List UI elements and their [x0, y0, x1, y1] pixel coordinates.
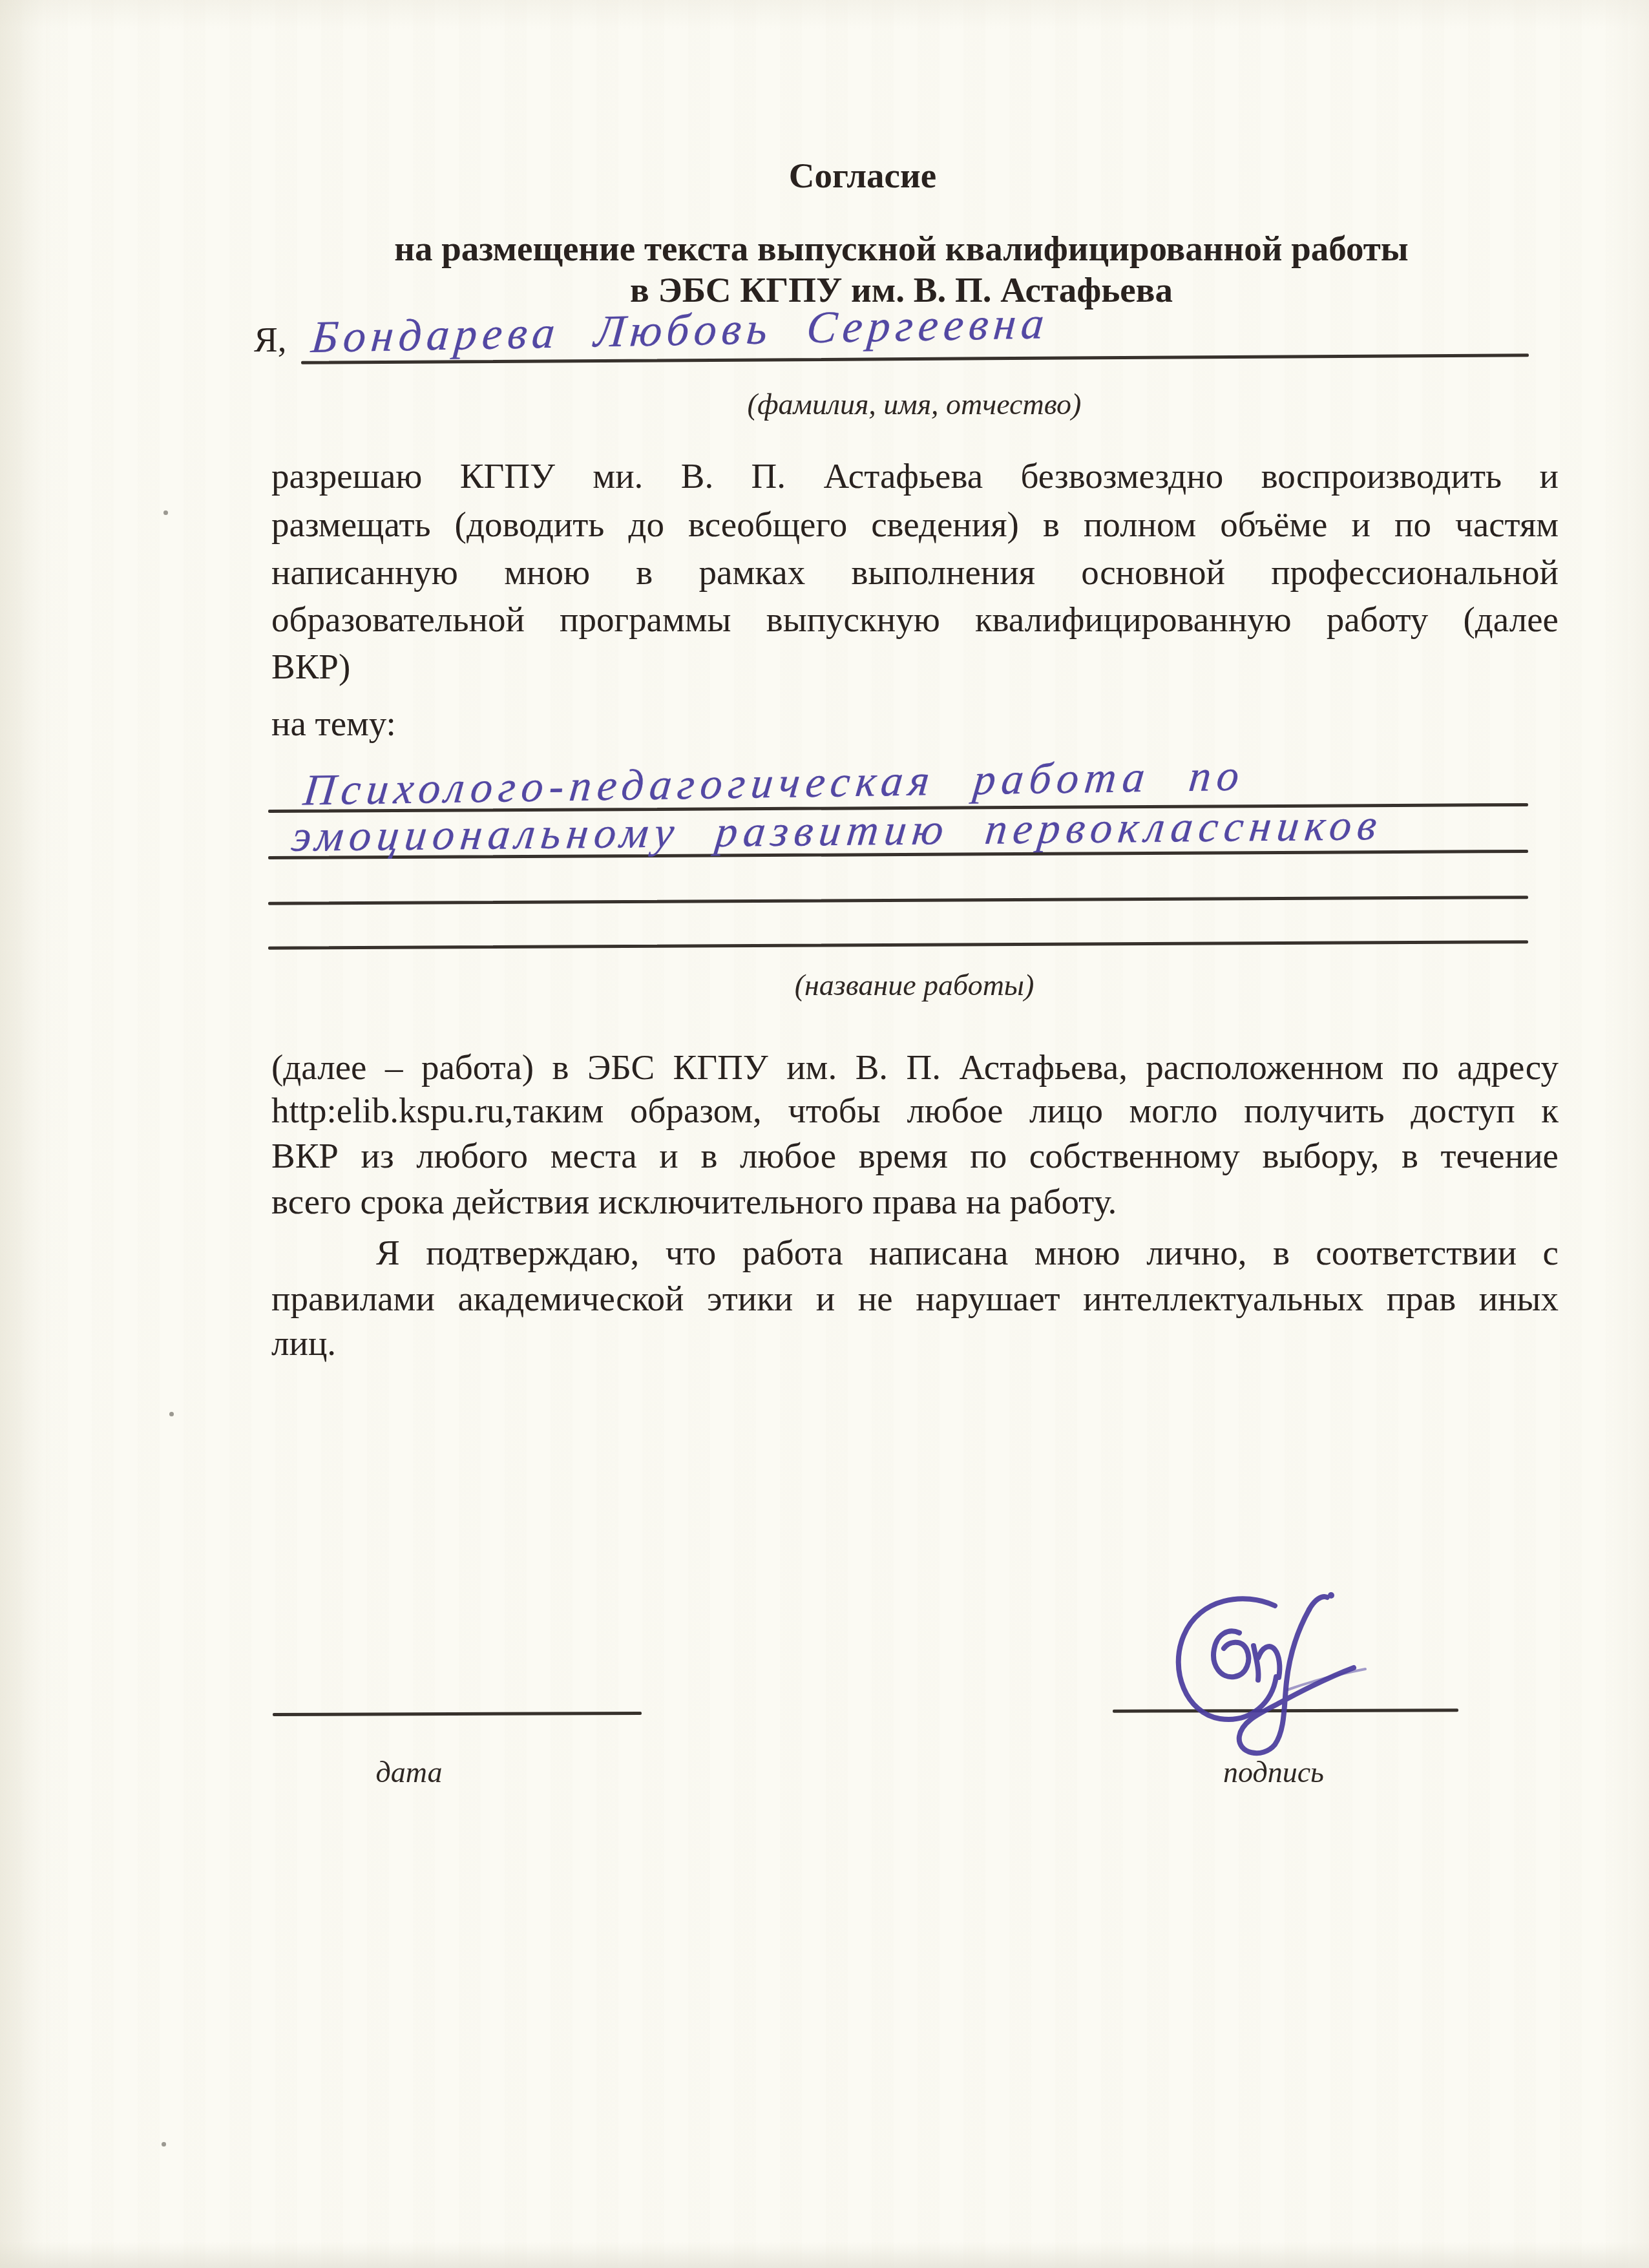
paper-speck: [169, 1412, 174, 1416]
topic-label: на тему:: [271, 704, 1559, 744]
paragraph-line: правилами академической этики и не наруш…: [271, 1279, 1559, 1319]
paragraph-line: http:elib.kspu.ru,таким образом, чтобы л…: [271, 1091, 1559, 1131]
work-title-caption: (название работы): [271, 969, 1557, 1002]
paragraph-line: ВКР): [271, 647, 1559, 687]
consent-form-page: Согласие на размещение текста выпускной …: [0, 0, 1649, 2268]
paper-speck: [163, 510, 168, 515]
date-underline: [273, 1712, 642, 1716]
paragraph-line: образовательной программы выпускную квал…: [271, 600, 1559, 640]
paragraph-line: Я подтверждаю, что работа написана мною …: [271, 1233, 1559, 1273]
paragraph-line: разрешаю КГПУ ми. В. П. Астафьева безвоз…: [271, 456, 1559, 496]
name-field-caption: (фамилия, имя, отчество): [271, 388, 1557, 421]
paragraph-line: (далее – работа) в ЭБС КГПУ им. В. П. Ас…: [271, 1047, 1559, 1087]
paragraph-line: всего срока действия исключительного пра…: [271, 1182, 1559, 1222]
date-caption: дата: [280, 1756, 538, 1789]
signature-autograph-icon: [1155, 1586, 1375, 1780]
topic-underline-3: [268, 896, 1528, 905]
paper-speck: [162, 2142, 166, 2147]
document-title: Согласие: [220, 156, 1506, 196]
paragraph-line: размещать (доводить до всеобщего сведени…: [271, 505, 1559, 545]
paragraph-line: написанную мною в рамках выполнения осно…: [271, 552, 1559, 593]
paragraph-line: ВКР из любого места и в любое время по с…: [271, 1136, 1559, 1176]
paragraph-line: лиц.: [271, 1323, 1559, 1363]
document-subtitle-line1: на размещение текста выпускной квалифици…: [258, 229, 1544, 269]
topic-underline-4: [268, 940, 1528, 950]
